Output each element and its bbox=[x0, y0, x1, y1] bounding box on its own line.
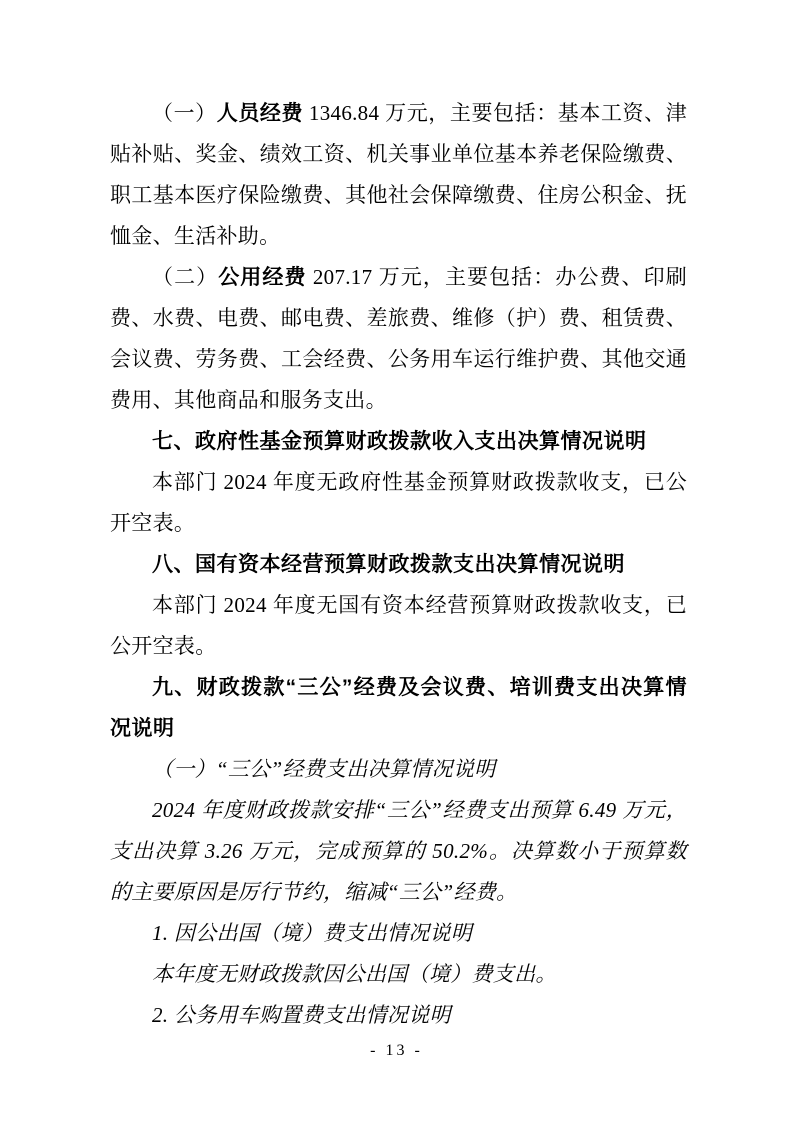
list-label: （二） bbox=[152, 265, 218, 289]
section8-heading: 八、国有资本经营预算财政拨款支出决算情况说明 bbox=[110, 544, 687, 585]
list-label: （一） bbox=[152, 101, 217, 125]
section9-item1-body: 本年度无财政拨款因公出国（境）费支出。 bbox=[110, 954, 687, 995]
document-page: （一）人员经费 1346.84 万元，主要包括：基本工资、津贴补贴、奖金、绩效工… bbox=[0, 0, 793, 1122]
section9-sub1-body: 2024 年度财政拨款安排“三公”经费支出预算 6.49 万元，支出决算 3.2… bbox=[110, 790, 687, 913]
paragraph-public-expense: （二）公用经费 207.17 万元，主要包括：办公费、印刷费、水费、电费、邮电费… bbox=[110, 257, 687, 421]
paragraph-personnel-expense: （一）人员经费 1346.84 万元，主要包括：基本工资、津贴补贴、奖金、绩效工… bbox=[110, 93, 687, 257]
section9-item2-heading: 2. 公务用车购置费支出情况说明 bbox=[110, 995, 687, 1036]
section8-body: 本部门 2024 年度无国有资本经营预算财政拨款收支，已公开空表。 bbox=[110, 585, 687, 667]
document-body: （一）人员经费 1346.84 万元，主要包括：基本工资、津贴补贴、奖金、绩效工… bbox=[110, 93, 687, 1036]
page-number: - 13 - bbox=[0, 1042, 793, 1060]
section7-heading: 七、政府性基金预算财政拨款收入支出决算情况说明 bbox=[110, 421, 687, 462]
section9-heading: 九、财政拨款“三公”经费及会议费、培训费支出决算情况说明 bbox=[110, 667, 687, 749]
section9-sub1-heading: （一）“三公”经费支出决算情况说明 bbox=[110, 749, 687, 790]
term-public-expense: 公用经费 bbox=[218, 266, 306, 289]
section9-item1-heading: 1. 因公出国（境）费支出情况说明 bbox=[110, 913, 687, 954]
section7-body: 本部门 2024 年度无政府性基金预算财政拨款收支，已公开空表。 bbox=[110, 462, 687, 544]
term-personnel-expense: 人员经费 bbox=[217, 102, 303, 125]
